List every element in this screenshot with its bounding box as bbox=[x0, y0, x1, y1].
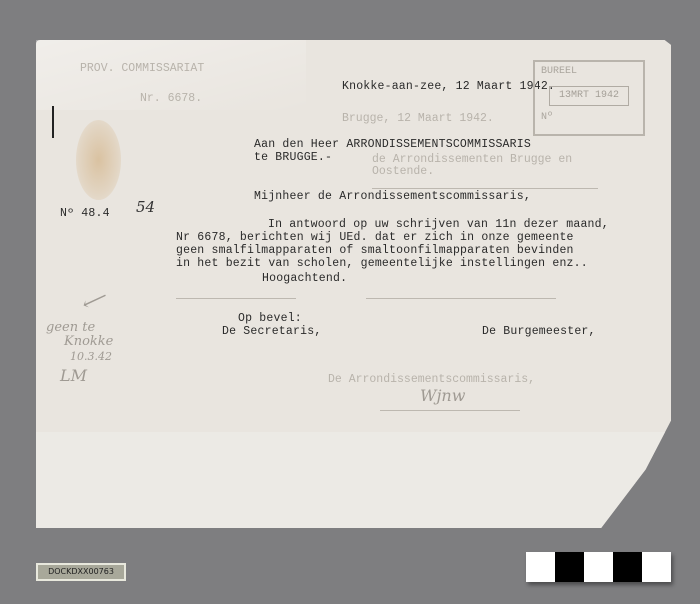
margin-note-1: geen te bbox=[46, 320, 95, 335]
ghost-place-date: Brugge, 12 Maart 1942. bbox=[342, 112, 494, 125]
addressee-line-2: te BRUGGE.- bbox=[254, 151, 332, 164]
swatch-black bbox=[555, 552, 584, 582]
salutation: Mijnheer de Arrondissementscommissaris, bbox=[254, 190, 531, 203]
swatch-white bbox=[642, 552, 671, 582]
ghost-rule-2 bbox=[176, 298, 296, 299]
margin-initials: LM bbox=[60, 366, 87, 385]
stamp-date: 13MRT 1942 bbox=[549, 86, 629, 106]
catalog-code: DOCKDXX00763 bbox=[36, 563, 126, 581]
reference-number: Nº 48.4 bbox=[60, 207, 110, 220]
ghost-ref: Nr. 6678. bbox=[140, 92, 202, 105]
body-line-1: In antwoord op uw schrijven van 11n deze… bbox=[268, 218, 609, 231]
ghost-rule bbox=[372, 188, 598, 189]
body-line-3: geen smalfilmapparaten of smaltoonfilmap… bbox=[176, 244, 574, 257]
reference-handwritten: 54 bbox=[136, 198, 155, 216]
calibration-color-bar bbox=[526, 552, 671, 582]
ghost-letterhead: PROV. COMMISSARIAT bbox=[80, 62, 204, 75]
stamp-top: BUREEL bbox=[541, 66, 577, 77]
swatch-white bbox=[584, 552, 613, 582]
by-order: Op bevel: bbox=[238, 312, 302, 325]
paper-lower-band bbox=[36, 432, 671, 528]
received-stamp: BUREEL 13MRT 1942 Nº bbox=[533, 60, 645, 136]
ghost-addressee-2: Oostende. bbox=[372, 165, 434, 178]
letter-document: PROV. COMMISSARIAT Nr. 6678. Knokke-aan-… bbox=[36, 40, 671, 528]
mayor-title: De Burgemeester, bbox=[482, 325, 596, 338]
place-date: Knokke-aan-zee, 12 Maart 1942. bbox=[342, 80, 555, 93]
stain bbox=[76, 120, 121, 200]
margin-note-3: 10.3.42 bbox=[70, 350, 112, 363]
body-line-2: Nr 6678, berichten wij UEd. dat er zich … bbox=[176, 231, 574, 244]
closing: Hoogachtend. bbox=[262, 272, 347, 285]
signature-rule bbox=[380, 410, 520, 411]
ghost-rule-3 bbox=[366, 298, 556, 299]
arrow-mark: ⟵ bbox=[79, 286, 111, 316]
swatch-white bbox=[526, 552, 555, 582]
margin-note-2: Knokke bbox=[64, 334, 113, 349]
swatch-black bbox=[613, 552, 642, 582]
staple-mark bbox=[52, 106, 54, 138]
body-line-4: in het bezit van scholen, gemeentelijke … bbox=[176, 257, 588, 270]
addressee-line-1: Aan den Heer ARRONDISSEMENTSCOMMISSARIS bbox=[254, 138, 531, 151]
stamp-bottom: Nº bbox=[541, 112, 553, 123]
secretary-title: De Secretaris, bbox=[222, 325, 321, 338]
ghost-signature-title: De Arrondissementscommissaris, bbox=[328, 373, 535, 386]
ghost-signature: Wjnw bbox=[420, 386, 465, 405]
